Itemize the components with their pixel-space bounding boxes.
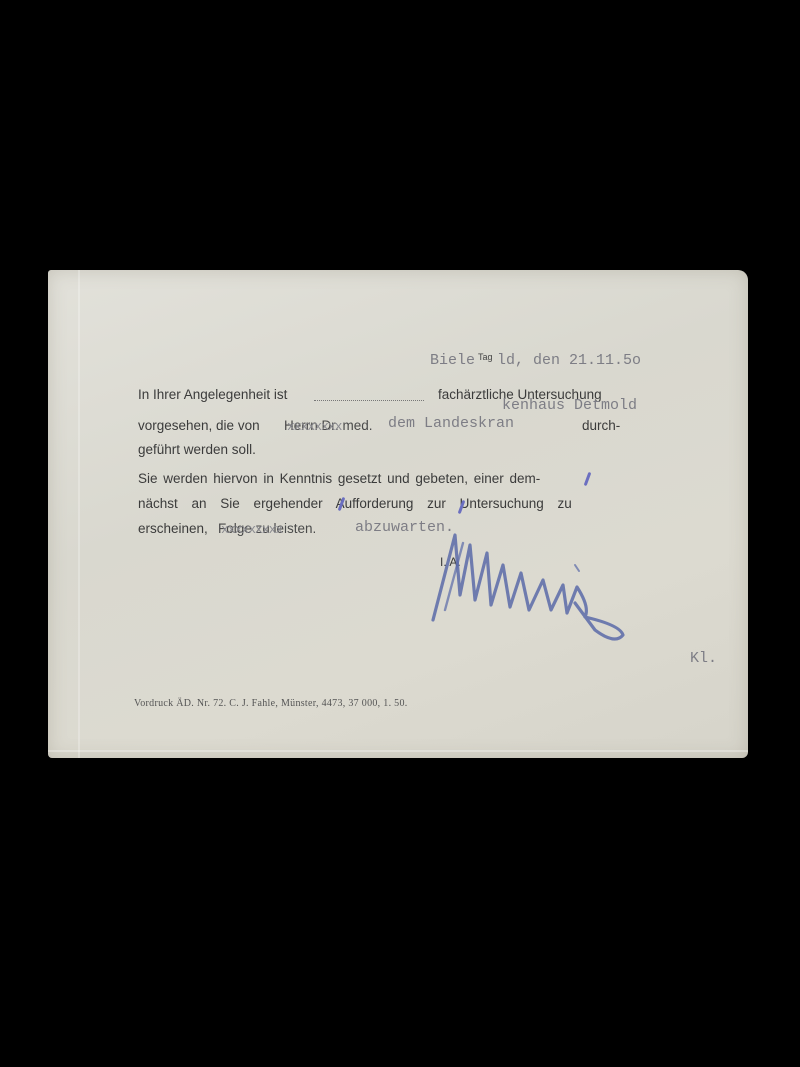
tag-printed-label: Tag: [478, 352, 493, 362]
place-typed-prefix: Biele: [430, 352, 475, 369]
overstrike-x-2: xxxxxxxxx: [221, 522, 282, 537]
paper-crease: [48, 750, 748, 752]
typed-insert-krankenhaus: kenhaus Detmold: [502, 397, 637, 414]
signature-scribble: [425, 525, 635, 650]
typed-landeskran: dem Landeskran: [388, 415, 514, 432]
para2-line2: nächst an Sie ergehender Aufforderung zu…: [138, 496, 572, 511]
body-line3: geführt werden soll.: [138, 442, 256, 457]
form-footer: Vordruck ÄD. Nr. 72. C. J. Fahle, Münste…: [134, 698, 408, 709]
body-line2-b: durch-: [582, 418, 620, 433]
document-paper: [48, 270, 748, 758]
body-line1-a: In Ihrer Angelegenheit ist: [138, 387, 287, 402]
date-typed: ld, den 21.11.5o: [497, 352, 641, 369]
blank-dotted-line: [314, 400, 424, 401]
initials: Kl.: [690, 650, 717, 667]
body-line2-a: vorgesehen, die von: [138, 418, 260, 433]
paper-crease: [78, 270, 80, 758]
para2-line1: Sie werden hiervon in Kenntnis gesetzt u…: [138, 471, 540, 486]
overstrike-x: xxxxxxxx: [287, 419, 341, 434]
para2-line3-a: erscheinen,: [138, 521, 208, 536]
